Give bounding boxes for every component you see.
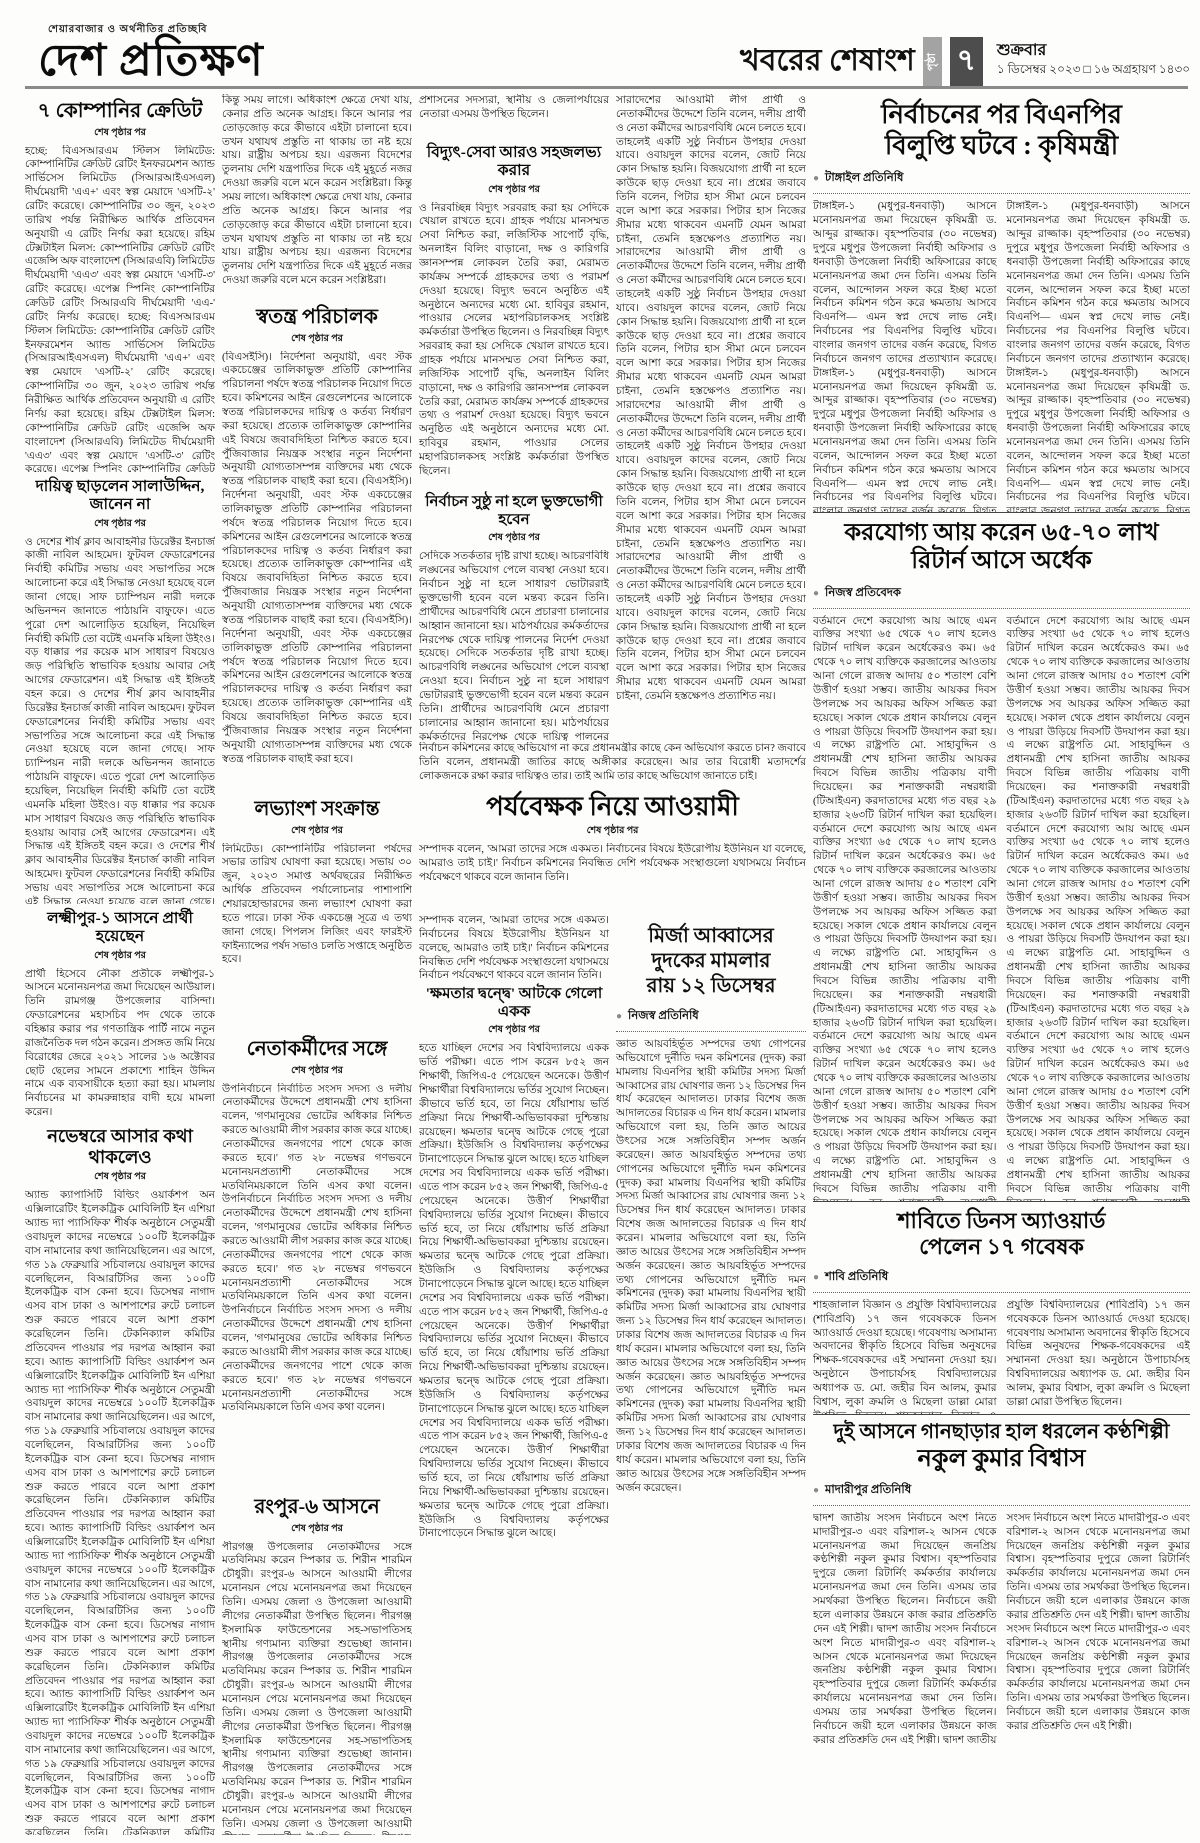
body-text: প্রার্থী হিসেবে নৌকা প্রতীকে লক্ষ্মীপুর-… [25,968,215,1120]
body-text: জ্ঞাত আয়বহির্ভূত সম্পদের তথ্য গোপনের অভ… [616,1038,806,1541]
body-text: সারাদেশের আওয়ামী লীগ প্রার্থী ও নেতাকর্… [616,94,806,742]
headline-laxmipur: লক্ষ্মীপুর-১ আসনে প্রার্থী হয়েছেন [25,910,215,947]
headline-mirza-line1: মির্জা আব্বাসের [616,924,806,949]
article-observers-continued: সম্পাদক বলেন, 'আমরা তাদের সঙ্গে একমত। নি… [419,914,609,980]
columns-5-6: নির্বাচনের পর বিএনপির বিলুপ্তি ঘটবে : কৃ… [813,94,1190,1835]
article-fair-election: নির্বাচন সুষ্ঠু না হলে ভুক্তভোগী হবেন শে… [419,488,609,742]
article-dividend: লভ্যাংশ সংক্রান্ত শেষ পৃষ্ঠার পর লিমিটেড… [222,792,412,1032]
bullet-icon: ● [813,1485,819,1496]
body-text: বর্তমানে দেশে করযোগ্য আয় আছে এমন ব্যক্ত… [813,615,1190,1201]
body-text: অ্যান্ড ক্যাপাসিটি বিল্ডিং ওয়ার্কশপ অন … [25,1189,215,1835]
article-mirza: মির্জা আব্বাসের দুদকের মামলার রায় ১২ ডি… [616,914,806,1541]
columns-3-4: প্রশাসনের সদস্যরা, স্থানীয় ও জেলাপর্যায… [419,94,806,1835]
body-text: ও দেশের শীর্ষ ক্লাব আবাহনীর ডিরেক্টর ইনচ… [25,536,215,904]
headline-singer-line2: নকুল কুমার বিশ্বাস [813,1445,1190,1473]
byline: ● শাবি প্রতিনিধি [813,1268,1190,1287]
continued-label: শেষ পৃষ্ঠার পর [25,1170,215,1185]
headline-singer-line1: দুই আসনে গানছাড়ার হাল ধরলেন কণ্ঠশিল্পী [813,1421,1190,1445]
headline-observers: পর্যবেক্ষক নিয়ে আওয়ামী [419,792,806,823]
body-text: নির্বাচন কমিশনের কাছে অভিযোগ না করে প্রধ… [419,742,806,784]
headline-salauddin: দায়িত্ব ছাড়লেন সালাউদ্দিন, জানেন না [25,478,215,515]
column-4-top: সারাদেশের আওয়ামী লীগ প্রার্থী ও নেতাকর্… [616,94,806,742]
continued-label: শেষ পৃষ্ঠার পর [25,126,215,141]
article-laxmipur: লক্ষ্মীপুর-১ আসনে প্রার্থী হয়েছেন শেষ প… [25,904,215,1120]
byline: ● টাঙ্গাইল প্রতিনিধি [813,169,1190,188]
headline-leaders: নেতাকর্মীদের সঙ্গে [222,1038,412,1062]
column-3-bottom: সম্পাদক বলেন, 'আমরা তাদের সঙ্গে একমত। নি… [419,914,609,1541]
body-text: ও নিরবচ্ছিন্ন বিদ্যুৎ সরবরাহ করা হয় সেদ… [419,202,609,488]
header-right: খবরের শেষাংশ পৃষ্ঠা ৭ শুক্রবার ১ ডিসেম্ব… [740,36,1190,87]
mid-row-top: প্রশাসনের সদস্যরা, স্থানীয় ও জেলাপর্যায… [419,94,806,742]
continued-label: শেষ পৃষ্ঠার পর [222,824,412,839]
byline-text: শাবি প্রতিনিধি [825,1268,888,1287]
bullet-icon: ● [813,173,819,184]
dotted-rule [813,1292,1190,1293]
body-text: দ্বাদশ জাতীয় সংসদ নির্বাচনে অংশ নিতে মা… [813,1512,1190,1830]
body-text: হতে যাচ্ছিল দেশের সব বিশ্ববিদ্যালয়ে একক… [419,1042,609,1541]
byline: ● নিজস্ব প্রতিনিধি [616,1007,806,1026]
date-block: শুক্রবার ১ ডিসেম্বর ২০২৩ □ ১৬ অগ্রহায়ণ … [991,42,1190,82]
article-sust-award: শাবিতে ডিনস অ্যাওয়ার্ড পেলেন ১৭ গবেষক ●… [813,1201,1190,1414]
page-number-box: ৭ [950,37,983,87]
date-line: ১ ডিসেম্বর ২০২৩ □ ১৬ অগ্রহায়ণ ১৪৩০ [997,61,1190,81]
headline-dividend: লভ্যাংশ সংক্রান্ত [222,798,412,822]
body-text: হচ্ছে: বিএসআরএম স্টিলস লিমিটেড: কোম্পানি… [25,145,215,472]
article-independent-director: স্বতন্ত্র পরিচালক শেষ পৃষ্ঠার পর (বিএসইস… [222,300,412,792]
headline-minister-line2: বিলুপ্তি ঘটবে : কৃষিমন্ত্রী [813,131,1190,162]
dotted-rule [813,1505,1190,1506]
continued-label: শেষ পৃষ্ঠার পর [222,332,412,347]
dotted-rule [616,1031,806,1032]
byline-text: মাদারীপুর প্রতিনিধি [825,1481,911,1500]
continued-label: শেষ পৃষ্ঠার পর [419,183,609,198]
article-col4-continuation: সারাদেশের আওয়ামী লীগ প্রার্থী ও নেতাকর্… [616,94,806,742]
headline-tax-line2: রিটার্ন আসে অর্ধেক [813,547,1190,575]
body-text: সম্পাদক বলেন, 'আমরা তাদের সঙ্গে একমত। নি… [419,843,806,914]
headline-sust-line1: শাবিতে ডিনস অ্যাওয়ার্ড [813,1208,1190,1234]
headline-mirza-line2: দুদকের মামলার [616,949,806,974]
byline-text: টাঙ্গাইল প্রতিনিধি [825,169,903,188]
dotted-rule [813,608,1190,609]
article-electricity: বিদ্যুৎ-সেবা আরও সহজলভ্য করার শেষ পৃষ্ঠা… [419,138,609,488]
headline-rangpur6: রংপুর-৬ আসনে [222,1496,412,1520]
body-text: উপনির্বাচনে নির্বাচিত সংসদ সদস্য ও দলীয়… [222,1083,412,1490]
headline-sust-line2: পেলেন ১৭ গবেষক [813,1234,1190,1260]
mid-row-bottom: সম্পাদক বলেন, 'আমরা তাদের সঙ্গে একমত। নি… [419,914,806,1541]
body-text: প্রশাসনের সদস্যরা, স্থানীয় ও জেলাপর্যায… [419,94,609,138]
weekday: শুক্রবার [997,42,1190,60]
continued-label: শেষ পৃষ্ঠার পর [419,531,609,546]
headline-mirza-line3: রায় ১২ ডিসেম্বর [616,974,806,999]
headline-electricity: বিদ্যুৎ-সেবা আরও সহজলভ্য করার [419,144,609,181]
article-november: নভেম্বরে আসার কথা থাকলেও শেষ পৃষ্ঠার পর … [25,1120,215,1835]
body-text: লিমিটেড। কোম্পানিটির পরিচালনা পর্ষদের সভ… [222,843,412,1032]
article-observers: নির্বাচন কমিশনের কাছে অভিযোগ না করে প্রধ… [419,742,806,914]
article-tax: করযোগ্য আয় করেন ৬৫-৭০ লাখ রিটার্ন আসে অ… [813,512,1190,1201]
bullet-icon: ● [813,1272,819,1283]
headline-power-struggle: 'ক্ষমতার দ্বন্দ্বে' আটকে গেলো একক [419,986,609,1021]
headline-fair-election: নির্বাচন সুষ্ঠু না হলে ভুক্তভোগী হবেন [419,494,609,529]
article-credit: ৭ কোম্পানির ক্রেডিট শেষ পৃষ্ঠার পর হচ্ছে… [25,94,215,472]
continued-label: শেষ পৃষ্ঠার পর [419,824,806,839]
column-2: কিন্তু সময় লাগে। অধিকাংশ ক্ষেত্রে দেখা … [222,94,412,1835]
column-1: ৭ কোম্পানির ক্রেডিট শেষ পৃষ্ঠার পর হচ্ছে… [25,94,215,1835]
continued-label: শেষ পৃষ্ঠার পর [25,949,215,964]
column-3-top: প্রশাসনের সদস্যরা, স্থানীয় ও জেলাপর্যায… [419,94,609,742]
article-salauddin: দায়িত্ব ছাড়লেন সালাউদ্দিন, জানেন না শে… [25,472,215,904]
byline: ● মাদারীপুর প্রতিনিধি [813,1481,1190,1500]
article-continuation: কিন্তু সময় লাগে। অধিকাংশ ক্ষেত্রে দেখা … [222,94,412,300]
headline-tax-line1: করযোগ্য আয় করেন ৬৫-৭০ লাখ [813,519,1190,547]
article-minister: নির্বাচনের পর বিএনপির বিলুপ্তি ঘটবে : কৃ… [813,94,1190,512]
column-4-bottom: মির্জা আব্বাসের দুদকের মামলার রায় ১২ ডি… [616,914,806,1541]
body-text: সেদিকে সতর্কতার দৃষ্টি রাখা হচ্ছে। আচরণব… [419,550,609,742]
byline-text: নিজস্ব প্রতিবেদক [825,584,901,603]
body-text: পীরগঞ্জ উপজেলার নেতাকর্মীদের সঙ্গে মতবিন… [222,1541,412,1835]
newspaper-logo: দেশ প্রতিক্ষণ [38,39,264,83]
article-tail: প্রশাসনের সদস্যরা, স্থানীয় ও জেলাপর্যায… [419,94,609,138]
body-text: সম্পাদক বলেন, 'আমরা তাদের সঙ্গে একমত। নি… [419,914,609,980]
headline-minister-line1: নির্বাচনের পর বিএনপির [813,100,1190,131]
bullet-icon: ● [616,1011,622,1022]
masthead-block: শেয়ারবাজার ও অর্থনীতির প্রতিচ্ছবি দেশ প… [38,22,264,83]
continued-label: শেষ পৃষ্ঠার পর [222,1064,412,1079]
byline: ● নিজস্ব প্রতিবেদক [813,584,1190,603]
body-text: (বিএসইসি)। নির্দেশনা অনুযায়ী, এবং স্টক … [222,351,412,792]
article-singer: দুই আসনে গানছাড়ার হাল ধরলেন কণ্ঠশিল্পী … [813,1414,1190,1830]
bullet-icon: ● [813,588,819,599]
header-rule [25,86,1188,89]
headline-independent-director: স্বতন্ত্র পরিচালক [222,306,412,330]
body-text: কিন্তু সময় লাগে। অধিকাংশ ক্ষেত্রে দেখা … [222,94,412,300]
newspaper-page: শেয়ারবাজার ও অর্থনীতির প্রতিচ্ছবি দেশ প… [0,0,1200,1843]
headline-credit: ৭ কোম্পানির ক্রেডিট [25,100,215,124]
headline-november: নভেম্বরে আসার কথা থাকলেও [25,1126,215,1168]
byline-text: নিজস্ব প্রতিনিধি [628,1007,699,1026]
dotted-rule [813,193,1190,194]
body-text: শাহজালাল বিজ্ঞান ও প্রযুক্তি বিশ্ববিদ্যা… [813,1299,1190,1414]
continued-label: শেষ পৃষ্ঠার পর [419,1023,609,1038]
section-title: খবরের শেষাংশ [740,36,915,87]
article-rangpur6: রংপুর-৬ আসনে শেষ পৃষ্ঠার পর পীরগঞ্জ উপজে… [222,1490,412,1835]
article-leaders: নেতাকর্মীদের সঙ্গে শেষ পৃষ্ঠার পর উপনির্… [222,1032,412,1490]
article-power-struggle: 'ক্ষমতার দ্বন্দ্বে' আটকে গেলো একক শেষ পৃ… [419,980,609,1541]
continued-label: শেষ পৃষ্ঠার পর [222,1522,412,1537]
continued-label: শেষ পৃষ্ঠার পর [25,517,215,532]
page-label: পৃষ্ঠা [923,53,942,71]
page-label-box: পৃষ্ঠা [923,37,942,87]
body-text: টাঙ্গাইল-১ (মধুপুর-ধনবাড়ী) আসনে মনোনয়ন… [813,200,1190,512]
